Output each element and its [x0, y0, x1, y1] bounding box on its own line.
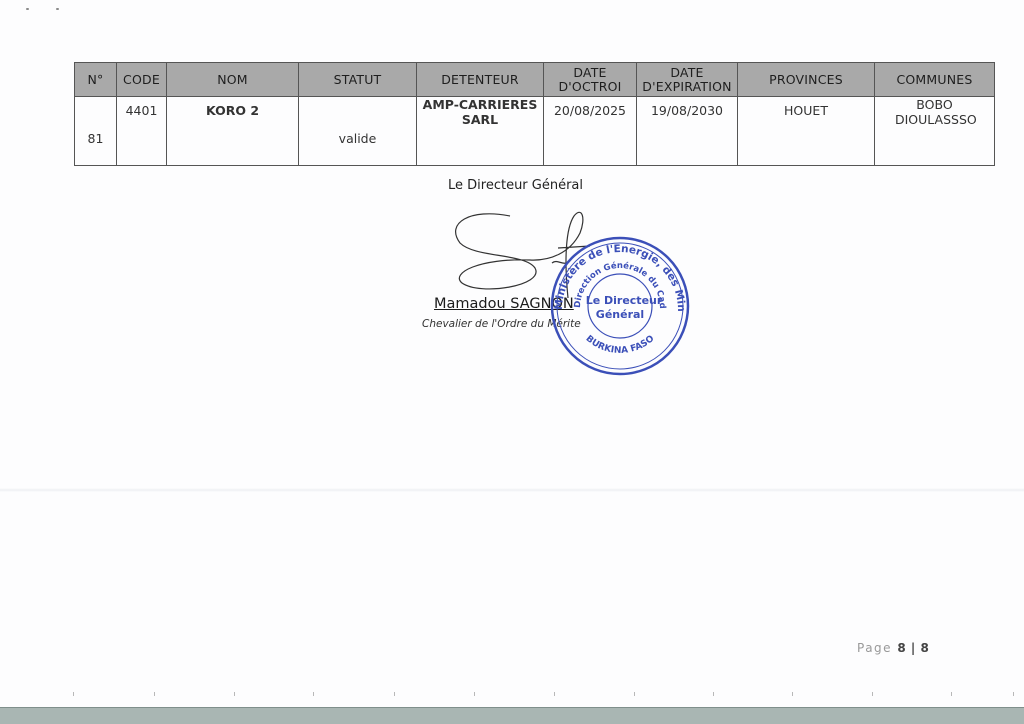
- cell-commune: BOBO DIOULASSSO: [875, 97, 995, 166]
- speck: [56, 8, 59, 10]
- page-number: Page 8 | 8: [857, 641, 929, 655]
- page-label: Page: [857, 641, 892, 655]
- header-detenteur: DETENTEUR: [417, 63, 544, 97]
- tick: [872, 692, 873, 696]
- scanner-edge-bar: [0, 707, 1024, 724]
- cell-province: HOUET: [738, 97, 875, 166]
- stamp-center-line1: Le Directeur: [586, 294, 663, 307]
- page-fold-line: [0, 488, 1024, 492]
- tick: [313, 692, 314, 696]
- cell-nom: KORO 2: [167, 97, 299, 166]
- page-total: 8: [921, 641, 930, 655]
- cell-code: 4401: [117, 97, 167, 166]
- table-row: 81 4401 KORO 2 valide AMP-CARRIERES SARL…: [75, 97, 995, 166]
- tick: [474, 692, 475, 696]
- cell-detenteur: AMP-CARRIERES SARL: [417, 97, 544, 166]
- header-statut: STATUT: [299, 63, 417, 97]
- cell-date-expiration: 19/08/2030: [637, 97, 738, 166]
- tick: [713, 692, 714, 696]
- official-stamp-icon: Ministère de l'Energie, des Mines et des…: [540, 230, 700, 380]
- speck: [26, 8, 29, 10]
- cell-statut: valide: [299, 97, 417, 166]
- header-nom: NOM: [167, 63, 299, 97]
- tick: [634, 692, 635, 696]
- header-provinces: PROVINCES: [738, 63, 875, 97]
- header-code: CODE: [117, 63, 167, 97]
- header-date-expiration: DATE D'EXPIRATION: [637, 63, 738, 97]
- tick: [154, 692, 155, 696]
- header-communes: COMMUNES: [875, 63, 995, 97]
- cell-numero: 81: [75, 97, 117, 166]
- stamp-center-line2: Général: [596, 308, 644, 321]
- cell-date-octroi: 20/08/2025: [544, 97, 637, 166]
- svg-text:BURKINA FASO: BURKINA FASO: [584, 334, 657, 356]
- tick: [554, 692, 555, 696]
- stamp-bottom-text: BURKINA FASO: [584, 334, 657, 356]
- page-current: 8: [897, 641, 906, 655]
- header-date-octroi: DATE D'OCTROI: [544, 63, 637, 97]
- tick: [73, 692, 74, 696]
- tick: [792, 692, 793, 696]
- page-separator: |: [906, 641, 920, 655]
- header-numero: N°: [75, 63, 117, 97]
- tick: [234, 692, 235, 696]
- signatory-title: Le Directeur Général: [448, 178, 583, 193]
- table-header-row: N° CODE NOM STATUT DETENTEUR DATE D'OCTR…: [75, 63, 995, 97]
- permits-table: N° CODE NOM STATUT DETENTEUR DATE D'OCTR…: [74, 62, 994, 166]
- tick: [951, 692, 952, 696]
- tick: [394, 692, 395, 696]
- tick: [1013, 692, 1014, 696]
